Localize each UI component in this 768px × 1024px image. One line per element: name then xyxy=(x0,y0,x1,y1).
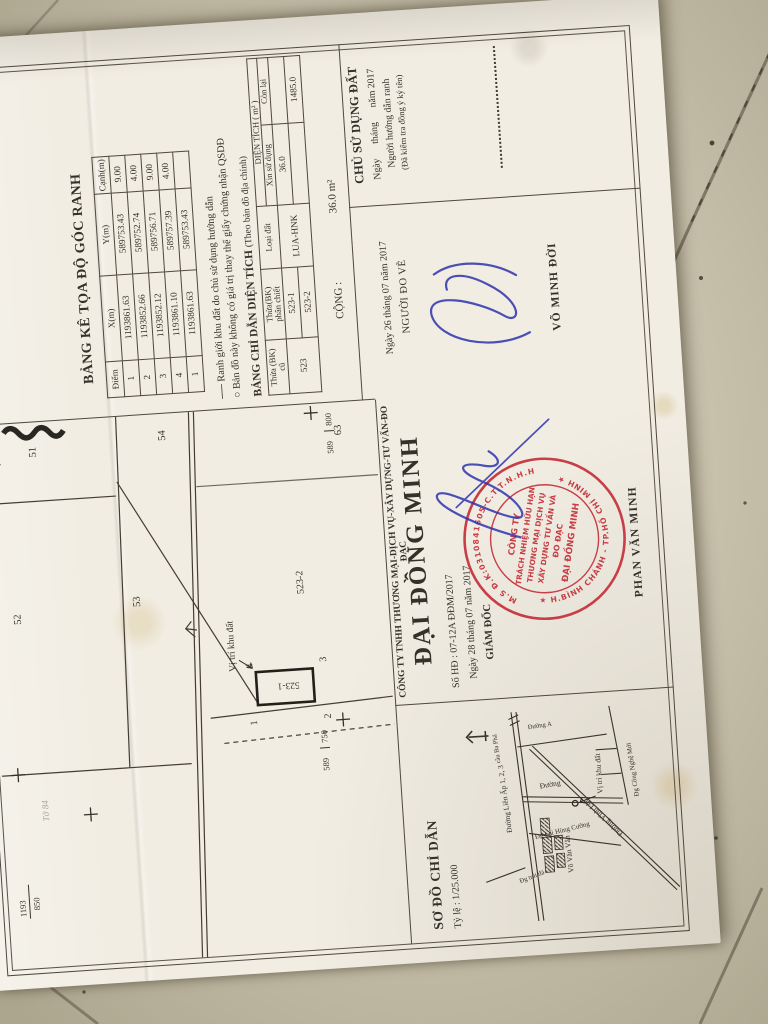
dashed-boundary-line xyxy=(224,724,395,743)
parcel-number-51: 51 xyxy=(27,447,39,458)
cell xyxy=(173,151,191,189)
parcel-number-523-2: 523-2 xyxy=(294,570,307,594)
grid-label-850: 850 xyxy=(31,897,42,910)
cell-loai-dat: LUA-HNK xyxy=(277,203,313,268)
corner-1: 1 xyxy=(249,720,260,726)
redaction-scribble xyxy=(3,425,64,439)
parcel-line-diagonal xyxy=(117,474,258,712)
site-marker-label: Vị trí khu đất xyxy=(593,752,605,794)
site-marker-dot xyxy=(572,800,578,806)
grid-label-589: 589 xyxy=(325,441,336,454)
floor-speck xyxy=(743,501,746,504)
cell-thua-cu: 523 xyxy=(286,337,322,394)
site-location-label: Vị trí khu đất xyxy=(224,620,238,672)
cadastral-map: 51 52 53 54 63 523-2 523-1 1 4 2 3 Vị tr… xyxy=(0,400,411,970)
plot-label-523-1: 523-1 xyxy=(277,679,300,690)
coordinate-table: Điểm X(m) Y(m) Cạnh(m) 11193861.63589753… xyxy=(91,150,205,398)
boundary-legend-symbol: ── xyxy=(217,384,229,399)
parcel-number-54: 54 xyxy=(157,429,169,441)
grid-label-800: 800 xyxy=(323,413,334,426)
road-label-cong-nghe-moi: Đg Công Nghệ Mới xyxy=(626,742,641,797)
parcel-line xyxy=(2,764,192,777)
parcel-line xyxy=(107,417,139,768)
total-label: CỘNG : xyxy=(332,281,346,319)
road-duong-a xyxy=(517,734,607,747)
circle-legend-symbol: ○ xyxy=(233,391,244,398)
road-label-duong-a: Đường A xyxy=(527,721,552,732)
floor-speck xyxy=(82,990,85,993)
road-double-line xyxy=(166,412,229,958)
parcel-line xyxy=(0,496,116,505)
grid-crosses xyxy=(0,405,356,827)
floor-speck xyxy=(714,836,718,840)
map-sheet-label: Tờ 84 xyxy=(40,800,51,822)
surveyor-signature xyxy=(412,210,547,368)
building-blocks xyxy=(540,817,566,872)
boundary-line xyxy=(210,696,393,718)
cell: 1 xyxy=(186,355,204,392)
survey-document-paper: 51 52 53 54 63 523-2 523-1 1 4 2 3 Vị tr… xyxy=(0,0,721,991)
parcel-line xyxy=(196,475,378,487)
road-arrow-symbol xyxy=(185,621,197,638)
road-label-cau: cầu Ba Phá xyxy=(491,734,502,764)
road-cong-nghe-moi xyxy=(609,705,629,806)
parcel-number-52: 52 xyxy=(12,614,24,625)
photo-of-cadastral-document: { "coord_table": { "title": "BẢNG KÊ TỌA… xyxy=(0,0,768,1024)
grid-label-ticks xyxy=(0,430,365,918)
grid-label-1193: 1193 xyxy=(17,900,28,917)
grid-label-750: 750 xyxy=(319,730,330,743)
road-label-vo-van-van: Võ Văn Vân xyxy=(562,835,575,874)
parcel-number-63: 63 xyxy=(333,424,345,435)
parcel-number-53: 53 xyxy=(132,596,144,607)
index-map-sketch: Đường Liên Ấp 1, 2, 3 cầu Ba Phá Võ Văn … xyxy=(456,692,689,934)
corner-2: 2 xyxy=(323,713,334,719)
corner-3: 3 xyxy=(318,656,329,662)
road-duong xyxy=(523,790,624,810)
road-label-lien-ap: Đường Liên Ấp 1, 2, 3 xyxy=(495,764,514,833)
north-arrow-icon xyxy=(466,730,489,743)
grid-label-589: 589 xyxy=(321,758,332,771)
director-signature xyxy=(416,402,571,561)
total-value: 36.0 m² xyxy=(325,179,339,214)
floor-speck xyxy=(699,276,703,280)
road-lien-ap xyxy=(511,711,544,922)
floor-speck xyxy=(710,141,715,146)
road-label-duong: Đường xyxy=(539,778,561,790)
